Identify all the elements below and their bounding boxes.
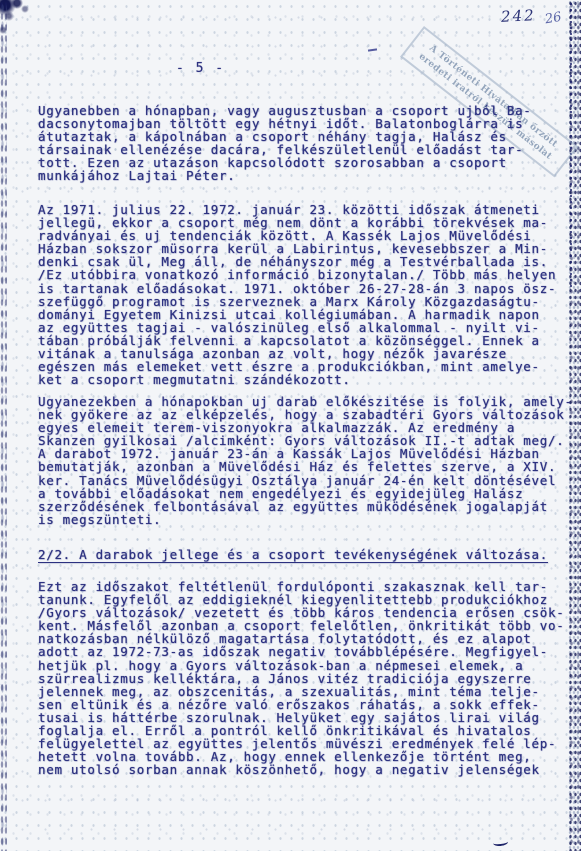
paragraph-2: Az 1971. julius 22. 1972. január 23. köz… <box>38 203 556 386</box>
paragraph-1: Ugyanebben a hónapban, vagy augusztusban… <box>38 104 532 183</box>
paragraph-4: Ezt az időszakot feltétlenül fordulópont… <box>38 580 564 776</box>
handwritten-folio-number: 242 <box>501 6 537 26</box>
paragraph-3: Ugyanezekben a hónapokban uj darab előké… <box>38 395 573 526</box>
scanned-document-page: 242 26 A Történeti Hivatalban őrzött ere… <box>0 0 581 851</box>
stray-pen-squiggle <box>493 838 509 847</box>
section-heading: 2/2. A darabok jellege és a csoport tevé… <box>38 548 548 561</box>
left-edge-noise <box>0 0 7 851</box>
typed-page-number: - 5 - <box>176 61 225 76</box>
stray-pen-dash <box>368 48 377 51</box>
handwritten-page-number: 26 <box>544 10 563 28</box>
